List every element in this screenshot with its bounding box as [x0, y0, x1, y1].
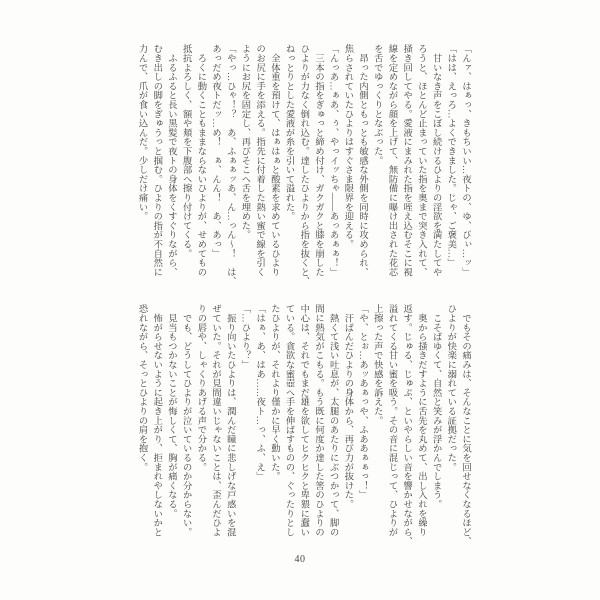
text-block-bottom: でもその痛みは、そんなことに気を回せなくなるほど、 ひよりが快楽に溺れている証拠… — [134, 304, 472, 550]
page-number: 40 — [0, 554, 600, 565]
text-block-top: 「んァ、はぁっ、きもちいい…夜トの、ゆ、びぃ…ッ」 「はは、えっろ…よくできまし… — [134, 44, 472, 290]
book-page: 「んァ、はぁっ、きもちいい…夜トの、ゆ、びぃ…ッ」 「はは、えっろ…よくできまし… — [0, 0, 600, 600]
